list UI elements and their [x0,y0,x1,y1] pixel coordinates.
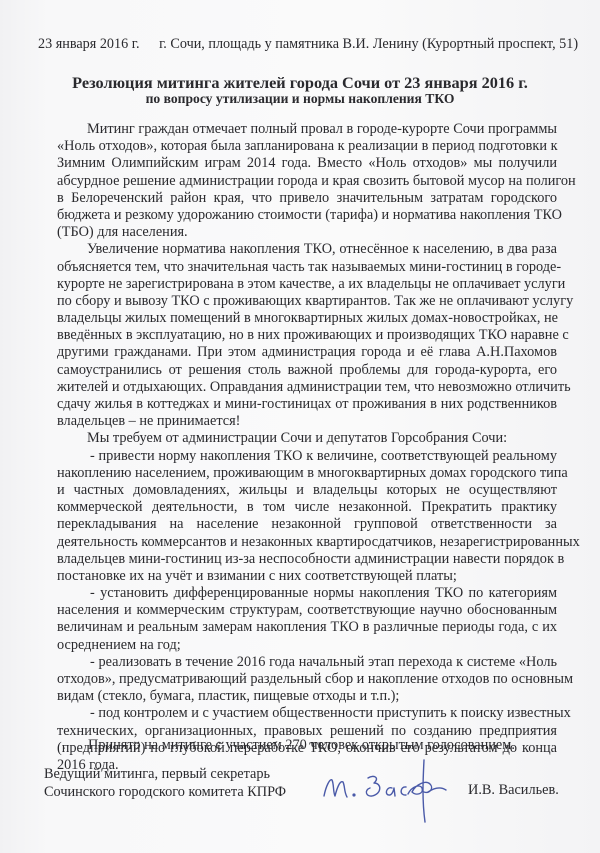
text-line: осреднением на год; [57,637,557,654]
signatory-role: Ведущий митинга, первый секретарь Сочинс… [44,766,286,801]
demand-item-line: - установить дифференцированные нормы на… [57,585,557,602]
text-line: владельцев мини-гостиниц из-за неспособн… [57,551,557,568]
text-line: и частных домовладениях, жильцы и владел… [57,482,557,499]
meeting-place: г. Сочи, площадь у памятника В.И. Ленину… [159,36,578,52]
bullet-dot: . [62,737,88,754]
signatory-name: И.В. Васильев. [468,782,559,799]
demand-item-line: - под контролем и с участием общественно… [57,705,557,722]
text-line: деятельность коммерсантов и незаконных к… [57,534,557,551]
text-line: отходов», предусматривающий раздельный с… [57,671,557,688]
text-line: по сбору и вывозу ТКО с проживающих квар… [57,293,557,310]
text-line: самоустранились от решения столь важной … [57,362,557,379]
meeting-date: 23 января 2016 г. [38,36,140,52]
document-page: 23 января 2016 г. г. Сочи, площадь у пам… [0,0,600,853]
text-line: населения и коммерческим структурам, соо… [57,602,557,619]
signatory-role-line-1: Ведущий митинга, первый секретарь [44,766,286,784]
text-line: коммерческой деятельности, в том числе н… [57,499,557,516]
text-line: «Ноль отходов», которая была запланирова… [57,138,557,155]
text-line: курорте не зарегистрирована в этом качес… [57,276,557,293]
text-line: Зимним Олимпийским играм 2014 года. Вмес… [57,155,557,172]
text-line: постановке их на учёт и взимании с них с… [57,568,557,585]
text-line: бюджета и резкому удорожанию стоимости (… [57,207,557,224]
text-line: другими гражданами. При этом администрац… [57,344,557,361]
text-line: владельцев – не принимается! [57,413,557,430]
document-title: Резолюция митинга жителей города Сочи от… [0,73,600,93]
demand-item-line: - привести норму накопления ТКО к величи… [57,448,557,465]
text-line: Увеличение норматива накопления ТКО, отн… [57,241,557,258]
signatory-role-line-2: Сочинского городского комитета КПРФ [44,784,286,802]
text-line: (ТБО) для населения. [57,224,557,241]
text-line: сдачу жилья в коттеджах и мини-гостиница… [57,396,557,413]
text-line: в Белореченский район края, что привело … [57,190,557,207]
demands-intro: Мы требуем от администрации Сочи и депут… [57,430,557,447]
text-line: жителей и отдыхающих. Оправдания админис… [57,379,557,396]
header-line: 23 января 2016 г. г. Сочи, площадь у пам… [38,36,578,53]
text-line: владельцы жилых помещений в многоквартир… [57,310,557,327]
text-line: объясняется тем, что значительная часть … [57,259,557,276]
text-line: абсурдное решение администрации города и… [57,173,557,190]
text-line: Митинг граждан отмечает полный провал в … [57,121,557,138]
text-line: накоплению населением, проживающим в мно… [57,465,557,482]
demand-item-line: - реализовать в течение 2016 года началь… [57,654,557,671]
text-line: введённых в эксплуатацию, но в них прожи… [57,327,557,344]
text-line: видам (стекло, бумага, пластик, пищевые … [57,688,557,705]
document-subtitle: по вопросу утилизации и нормы накопления… [0,91,600,107]
text-line: перекладывания на население незаконной г… [57,516,557,533]
text-line: величинам и реальным замерам накопления … [57,619,557,636]
document-body: Митинг граждан отмечает полный провал в … [57,121,557,774]
handwritten-signature-icon [316,750,466,830]
